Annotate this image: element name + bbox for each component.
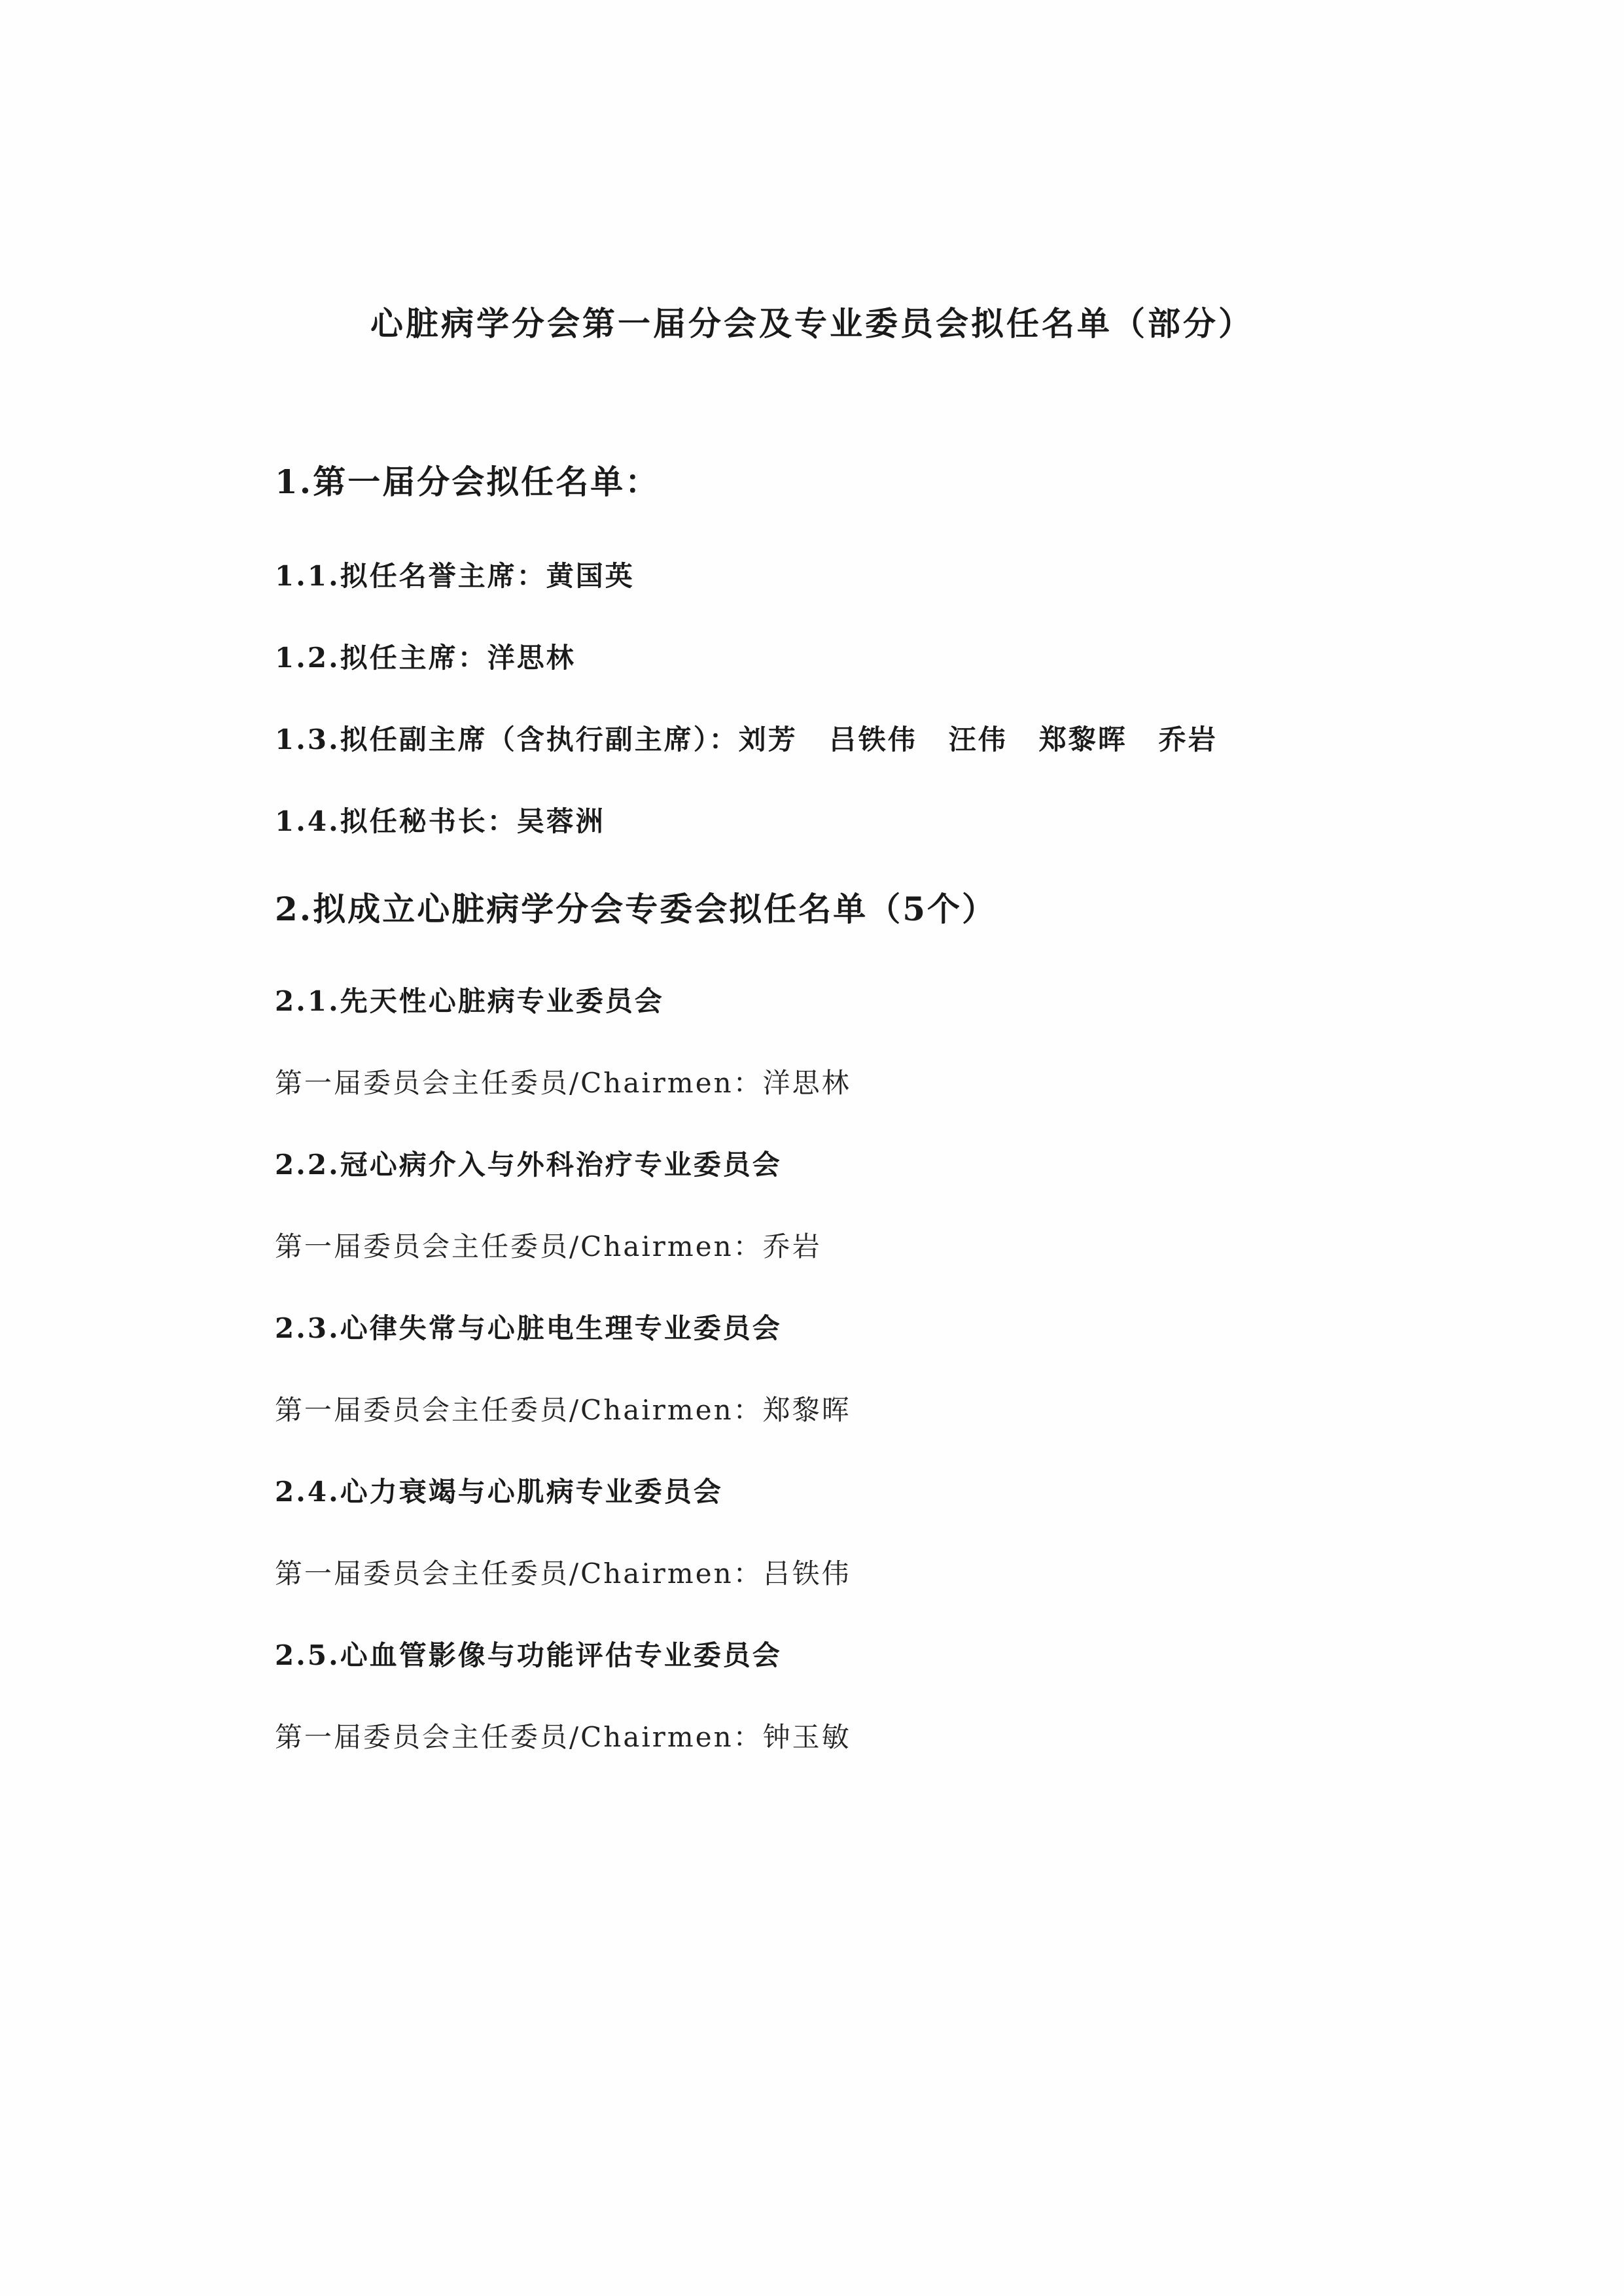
committee-heading: 2.5.心血管影像与功能评估专业委员会 — [275, 1642, 782, 1669]
committee-chair-label: 第一届委员会主任委员/Chairmen： — [275, 1230, 763, 1262]
committee-chair-row: 第一届委员会主任委员/Chairmen：洋思林 — [275, 1070, 851, 1097]
honorary-chair-label: 1.1.拟任名誉主席： — [275, 560, 546, 592]
chair-name: 洋思林 — [487, 642, 576, 674]
vice-chair-name: 乔岩 — [1159, 723, 1218, 756]
section-2-heading: 2.拟成立心脏病学分会专委会拟任名单（5个） — [275, 893, 997, 926]
committee-chair-name: 乔岩 — [763, 1230, 822, 1262]
committee-chair-name: 郑黎晖 — [763, 1394, 851, 1426]
committee-chair-label: 第一届委员会主任委员/Chairmen： — [275, 1721, 763, 1753]
secretary-general-label: 1.4.拟任秘书长： — [275, 805, 517, 837]
document-page: 心脏病学分会第一届分会及专业委员会拟任名单（部分） 1.第一届分会拟任名单： 1… — [0, 0, 1624, 2296]
secretary-general-name: 吴蓉洲 — [517, 805, 605, 837]
section-1-heading: 1.第一届分会拟任名单： — [275, 466, 660, 498]
page-title: 心脏病学分会第一届分会及专业委员会拟任名单（部分） — [0, 307, 1624, 340]
committee-heading: 2.4.心力衰竭与心肌病专业委员会 — [275, 1478, 723, 1506]
vice-chair-name: 汪伟 — [949, 723, 1008, 756]
committee-chair-name: 洋思林 — [763, 1067, 851, 1099]
vice-chair-row: 1.3.拟任副主席（含执行副主席）：刘芳吕铁伟汪伟郑黎晖乔岩 — [275, 726, 1218, 754]
chair-label: 1.2.拟任主席： — [275, 642, 487, 674]
secretary-general-row: 1.4.拟任秘书长：吴蓉洲 — [275, 808, 605, 835]
honorary-chair-name: 黄国英 — [546, 560, 635, 592]
vice-chair-label: 1.3.拟任副主席（含执行副主席）： — [275, 723, 739, 756]
committee-chair-row: 第一届委员会主任委员/Chairmen：郑黎晖 — [275, 1397, 851, 1424]
committee-chair-row: 第一届委员会主任委员/Chairmen：乔岩 — [275, 1233, 822, 1261]
honorary-chair-row: 1.1.拟任名誉主席：黄国英 — [275, 563, 635, 590]
vice-chair-name: 刘芳 — [739, 723, 798, 756]
committee-chair-row: 第一届委员会主任委员/Chairmen：吕铁伟 — [275, 1560, 851, 1588]
committee-chair-label: 第一届委员会主任委员/Chairmen： — [275, 1394, 763, 1426]
chair-row: 1.2.拟任主席：洋思林 — [275, 644, 576, 672]
committee-chair-name: 钟玉敏 — [763, 1721, 851, 1753]
vice-chair-name: 郑黎晖 — [1039, 723, 1127, 756]
committee-chair-label: 第一届委员会主任委员/Chairmen： — [275, 1067, 763, 1099]
committee-heading: 2.3.心律失常与心脏电生理专业委员会 — [275, 1315, 782, 1342]
committee-chair-label: 第一届委员会主任委员/Chairmen： — [275, 1557, 763, 1590]
committee-chair-name: 吕铁伟 — [763, 1557, 851, 1590]
committee-heading: 2.1.先天性心脏病专业委员会 — [275, 988, 664, 1015]
committee-chair-row: 第一届委员会主任委员/Chairmen：钟玉敏 — [275, 1724, 851, 1751]
committee-heading: 2.2.冠心病介入与外科治疗专业委员会 — [275, 1151, 782, 1179]
vice-chair-name: 吕铁伟 — [829, 723, 917, 756]
